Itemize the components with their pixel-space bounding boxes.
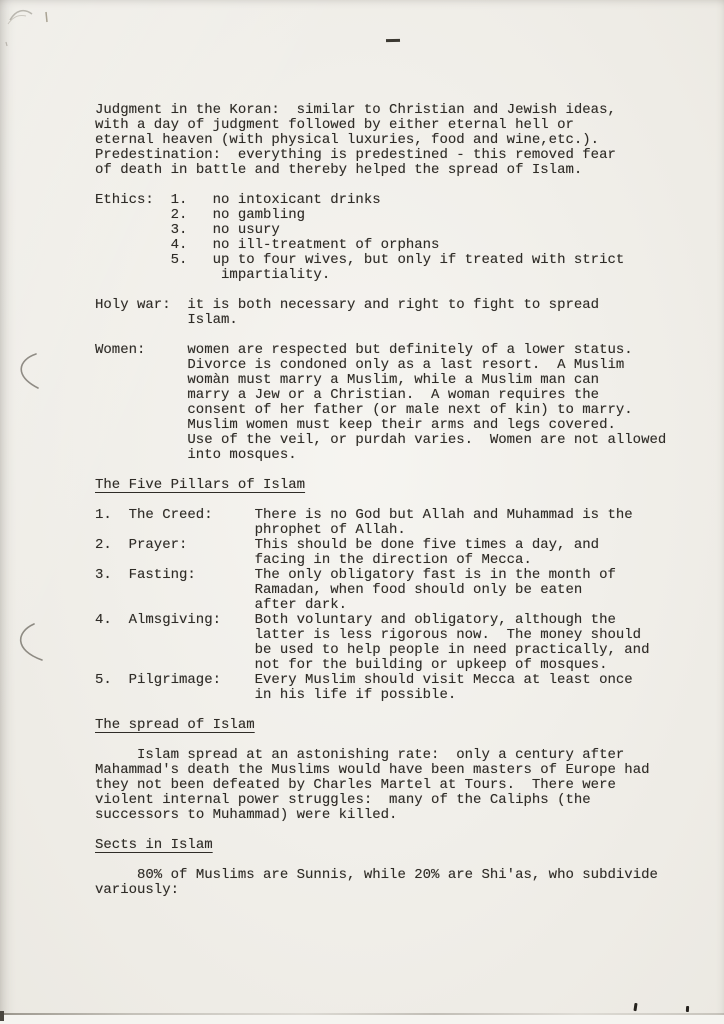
holy-war-text: it is both necessary and right to fight … xyxy=(187,298,704,328)
section-heading-sects: Sects in Islam xyxy=(95,838,704,853)
ethics-section: Ethics: 1. no intoxicant drinks 2. no ga… xyxy=(95,193,704,283)
pillar-number: 5. xyxy=(95,673,129,703)
paper-below-edge xyxy=(0,1015,724,1024)
list-item-text: no intoxicant drinks xyxy=(213,193,704,208)
pillars-list: 1. The Creed: There is no God but Allah … xyxy=(95,508,704,703)
list-item-number: 4. xyxy=(171,238,213,253)
pillar-item: 1. The Creed: There is no God but Allah … xyxy=(95,508,704,538)
list-item: 2. no gambling xyxy=(171,208,704,223)
list-item: 1. no intoxicant drinks xyxy=(171,193,704,208)
pillar-label: Pilgrimage: xyxy=(129,673,255,703)
women-text: women are respected but definitely of a … xyxy=(187,343,704,463)
list-item: 4. no ill-treatment of orphans xyxy=(171,238,704,253)
bottom-left-ink-mark xyxy=(0,1011,4,1021)
list-item-number: 2. xyxy=(171,208,213,223)
pillar-item: 4. Almsgiving: Both voluntary and obliga… xyxy=(95,613,704,673)
women-label: Women: xyxy=(95,343,187,463)
pillar-number: 3. xyxy=(95,568,129,613)
list-item-number: 5. xyxy=(171,253,213,283)
pillar-number: 2. xyxy=(95,538,129,568)
holy-war-label: Holy war: xyxy=(95,298,187,328)
pillar-description: There is no God but Allah and Muhammad i… xyxy=(255,508,704,538)
list-item-text: no ill-treatment of orphans xyxy=(213,238,704,253)
women-section: Women: women are respected but definitel… xyxy=(95,343,704,463)
list-item-text: up to four wives, but only if treated wi… xyxy=(213,253,704,283)
pillar-description: Both voluntary and obligatory, although … xyxy=(255,613,704,673)
pillar-number: 1. xyxy=(95,508,129,538)
pen-mark-upper xyxy=(6,348,50,394)
ink-speck xyxy=(686,1006,689,1012)
pillar-description: Every Muslim should visit Mecca at least… xyxy=(255,673,704,703)
section-heading-spread: The spread of Islam xyxy=(95,718,704,733)
pillar-label: Almsgiving: xyxy=(129,613,255,673)
list-item: 5. up to four wives, but only if treated… xyxy=(171,253,704,283)
pillar-description: The only obligatory fast is in the month… xyxy=(255,568,704,613)
pillar-number: 4. xyxy=(95,613,129,673)
typewritten-content: Judgment in the Koran: similar to Christ… xyxy=(95,103,704,913)
ink-speck xyxy=(633,1003,637,1011)
pillar-label: Prayer: xyxy=(129,538,255,568)
list-item-text: no usury xyxy=(213,223,704,238)
holy-war-section: Holy war: it is both necessary and right… xyxy=(95,298,704,328)
list-item-text: no gambling xyxy=(213,208,704,223)
section-heading-five-pillars: The Five Pillars of Islam xyxy=(95,478,704,493)
list-item-number: 1. xyxy=(171,193,213,208)
top-dash-mark xyxy=(386,39,400,42)
intro-paragraph: Judgment in the Koran: similar to Christ… xyxy=(95,103,704,178)
document-page: Judgment in the Koran: similar to Christ… xyxy=(0,0,724,1024)
list-item: 3. no usury xyxy=(171,223,704,238)
ethics-list: 1. no intoxicant drinks 2. no gambling 3… xyxy=(171,193,704,283)
pillar-item: 2. Prayer: This should be done five time… xyxy=(95,538,704,568)
corner-scuff-mark xyxy=(2,2,72,52)
pillar-item: 5. Pilgrimage: Every Muslim should visit… xyxy=(95,673,704,703)
pillar-label: Fasting: xyxy=(129,568,255,613)
sects-paragraph: 80% of Muslims are Sunnis, while 20% are… xyxy=(95,868,704,898)
pillar-item: 3. Fasting: The only obligatory fast is … xyxy=(95,568,704,613)
pillar-description: This should be done five times a day, an… xyxy=(255,538,704,568)
pen-mark-lower xyxy=(6,618,54,666)
ethics-label: Ethics: xyxy=(95,193,171,283)
pillar-label: The Creed: xyxy=(129,508,255,538)
spread-paragraph: Islam spread at an astonishing rate: onl… xyxy=(95,748,704,823)
list-item-number: 3. xyxy=(171,223,213,238)
